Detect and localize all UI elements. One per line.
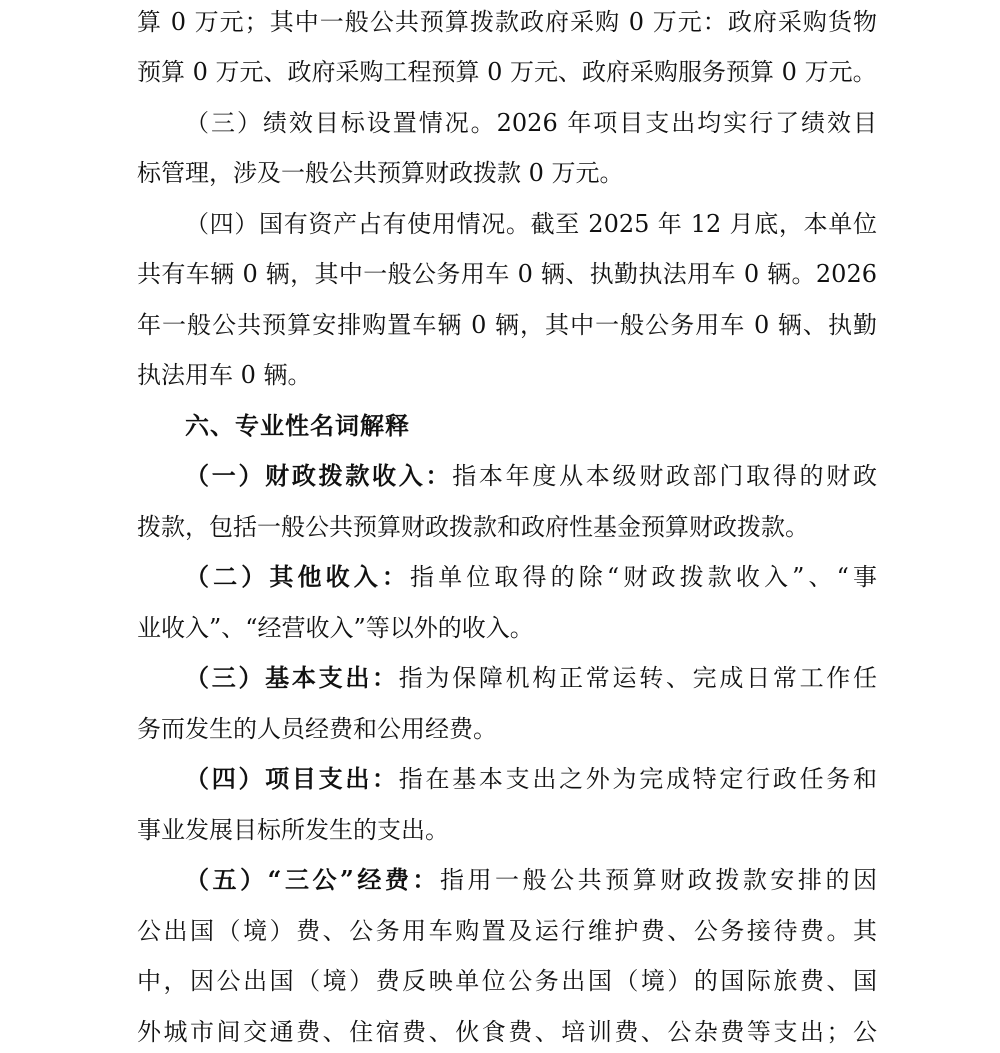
line-text: 中，因公出国（境）费反映单位公务出国（境）的国际旅费、国	[137, 967, 877, 995]
line-text: 事业发展目标所发生的支出。	[137, 816, 449, 844]
line-text: 拨款，包括一般公共预算财政拨款和政府性基金预算财政拨款。	[137, 513, 809, 541]
line-text: 外城市间交通费、住宿费、伙食费、培训费、公杂费等支出；公	[137, 1018, 877, 1046]
glossary-definition: 指单位取得的除“财政拨款收入”、“事	[410, 563, 877, 591]
paragraph-line: 中，因公出国（境）费反映单位公务出国（境）的国际旅费、国	[137, 956, 877, 1006]
line-text: 算 0 万元；其中一般公共预算拨款政府采购 0 万元：政府采购货物	[137, 8, 877, 36]
heading-text: 六、专业性名词解释	[185, 412, 410, 440]
line-text: 年一般公共预算安排购置车辆 0 辆，其中一般公务用车 0 辆、执勤	[137, 311, 877, 339]
glossary-term: （五）“三公”经费：	[185, 865, 440, 894]
line-text: （三）绩效目标设置情况。2026 年项目支出均实行了绩效目	[185, 109, 877, 137]
line-text: 共有车辆 0 辆，其中一般公务用车 0 辆、执勤执法用车 0 辆。2026	[137, 260, 877, 288]
paragraph-line: 年一般公共预算安排购置车辆 0 辆，其中一般公务用车 0 辆、执勤	[137, 300, 877, 350]
paragraph-line: 算 0 万元；其中一般公共预算拨款政府采购 0 万元：政府采购货物	[137, 0, 877, 47]
glossary-item-project-expenditure: （四）项目支出：指在基本支出之外为完成特定行政任务和	[185, 754, 877, 804]
paragraph-line: 预算 0 万元、政府采购工程预算 0 万元、政府采购服务预算 0 万元。	[137, 47, 877, 97]
section-heading-glossary: 六、专业性名词解释	[185, 401, 877, 451]
paragraph-line: 执法用车 0 辆。	[137, 350, 877, 400]
line-text: 务而发生的人员经费和公用经费。	[137, 715, 497, 743]
glossary-definition: 指为保障机构正常运转、完成日常工作任	[399, 664, 877, 692]
paragraph-line: 外城市间交通费、住宿费、伙食费、培训费、公杂费等支出；公	[137, 1007, 877, 1053]
paragraph-line: 共有车辆 0 辆，其中一般公务用车 0 辆、执勤执法用车 0 辆。2026	[137, 249, 877, 299]
line-text: 公出国（境）费、公务用车购置及运行维护费、公务接待费。其	[137, 917, 877, 945]
line-text: 执法用车 0 辆。	[137, 361, 312, 389]
line-text: 预算 0 万元、政府采购工程预算 0 万元、政府采购服务预算 0 万元。	[137, 58, 877, 86]
paragraph-line: 拨款，包括一般公共预算财政拨款和政府性基金预算财政拨款。	[137, 502, 877, 552]
state-assets-paragraph: （四）国有资产占有使用情况。截至 2025 年 12 月底，本单位	[185, 199, 877, 249]
paragraph-line: 事业发展目标所发生的支出。	[137, 805, 877, 855]
glossary-term: （三）基本支出：	[185, 663, 399, 692]
line-text: 标管理，涉及一般公共预算财政拨款 0 万元。	[137, 159, 624, 187]
line-text: 业收入”、“经营收入”等以外的收入。	[137, 614, 534, 642]
paragraph-line: 标管理，涉及一般公共预算财政拨款 0 万元。	[137, 148, 877, 198]
glossary-definition: 指本年度从本级财政部门取得的财政	[452, 462, 877, 490]
glossary-item-other-income: （二）其他收入：指单位取得的除“财政拨款收入”、“事	[185, 552, 877, 602]
performance-goals-paragraph: （三）绩效目标设置情况。2026 年项目支出均实行了绩效目	[185, 98, 877, 148]
glossary-item-basic-expenditure: （三）基本支出：指为保障机构正常运转、完成日常工作任	[185, 653, 877, 703]
glossary-term: （四）项目支出：	[185, 764, 399, 793]
glossary-term: （一）财政拨款收入：	[185, 461, 452, 490]
glossary-item-three-public-expenses: （五）“三公”经费：指用一般公共预算财政拨款安排的因	[185, 855, 877, 905]
paragraph-line: 公出国（境）费、公务用车购置及运行维护费、公务接待费。其	[137, 906, 877, 956]
glossary-item-fiscal-appropriation: （一）财政拨款收入：指本年度从本级财政部门取得的财政	[185, 451, 877, 501]
document-page: 算 0 万元；其中一般公共预算拨款政府采购 0 万元：政府采购货物 预算 0 万…	[0, 0, 1000, 1053]
paragraph-line: 务而发生的人员经费和公用经费。	[137, 704, 877, 754]
glossary-term: （二）其他收入：	[185, 562, 410, 591]
paragraph-line: 业收入”、“经营收入”等以外的收入。	[137, 603, 877, 653]
line-text: （四）国有资产占有使用情况。截至 2025 年 12 月底，本单位	[185, 210, 877, 238]
glossary-definition: 指用一般公共预算财政拨款安排的因	[440, 866, 877, 894]
glossary-definition: 指在基本支出之外为完成特定行政任务和	[399, 765, 877, 793]
